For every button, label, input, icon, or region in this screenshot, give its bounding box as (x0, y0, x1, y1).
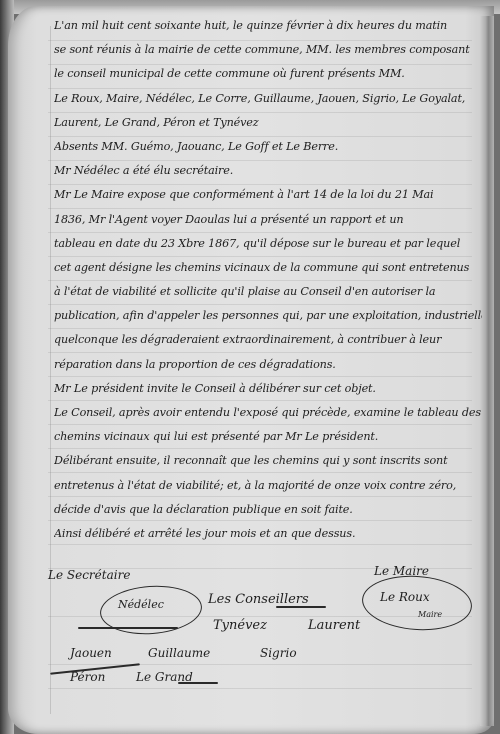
text-line: Mr Nédélec a été élu secrétaire. (54, 159, 482, 183)
councillor-signature: Laurent (308, 618, 360, 633)
councillors-title: Les Conseillers (208, 592, 309, 607)
text-line: Mr Le Maire expose que conformément à l'… (54, 183, 482, 207)
text-line: 1836, Mr l'Agent voyer Daoulas lui a pré… (54, 208, 482, 232)
text-line: tableau en date du 23 Xbre 1867, qu'il d… (54, 232, 482, 256)
text-line: à l'état de viabilité et sollicite qu'il… (54, 280, 482, 304)
text-line: Délibérant ensuite, il reconnaît que les… (54, 449, 482, 473)
text-line: entretenus à l'état de viabilité; et, à … (54, 474, 482, 498)
text-line: réparation dans la proportion de ces dég… (54, 353, 482, 377)
mayor-signature: Le Roux (380, 590, 430, 604)
text-line: le conseil municipal de cette commune où… (54, 62, 482, 86)
councillor-signature: Sigrio (260, 646, 297, 660)
text-line: publication, afin d'appeler les personne… (54, 304, 482, 328)
text-line: cet agent désigne les chemins vicinaux d… (54, 256, 482, 280)
mayor-signature-suffix: Maire (418, 610, 442, 619)
text-line: Laurent, Le Grand, Péron et Tynévez (54, 111, 482, 135)
text-line: Ainsi délibéré et arrêté les jour mois e… (54, 522, 482, 546)
ruled-line (48, 664, 472, 665)
text-line: Le Conseil, après avoir entendu l'exposé… (54, 401, 482, 425)
text-line: se sont réunis à la mairie de cette comm… (54, 38, 482, 62)
councillor-signature: Jaouen (70, 646, 112, 660)
secretary-signature: Nédélec (118, 598, 164, 611)
text-line: L'an mil huit cent soixante huit, le qui… (54, 14, 482, 38)
manuscript-page: L'an mil huit cent soixante huit, le qui… (8, 6, 494, 734)
text-line: décide d'avis que la déclaration publiqu… (54, 498, 482, 522)
secretary-title: Le Secrétaire (48, 568, 130, 582)
deliberation-text: L'an mil huit cent soixante huit, le qui… (54, 14, 482, 546)
text-line: quelconque les dégraderaient extraordina… (54, 328, 482, 352)
signature-underline (178, 682, 218, 684)
text-line: Mr Le président invite le Conseil à déli… (54, 377, 482, 401)
signature-underline (78, 627, 178, 629)
text-line: Le Roux, Maire, Nédélec, Le Corre, Guill… (54, 87, 482, 111)
councillor-signature: Péron (70, 670, 105, 684)
text-line: Absents MM. Guémo, Jaouanc, Le Goff et L… (54, 135, 482, 159)
margin-rule (50, 26, 51, 714)
page-stack-edge (480, 16, 494, 726)
ruled-line (48, 688, 472, 689)
councillor-signature: Tynévez (213, 618, 267, 633)
text-line: chemins vicinaux qui lui est présenté pa… (54, 425, 482, 449)
signature-underline (276, 606, 326, 608)
councillor-signature: Guillaume (148, 646, 210, 660)
